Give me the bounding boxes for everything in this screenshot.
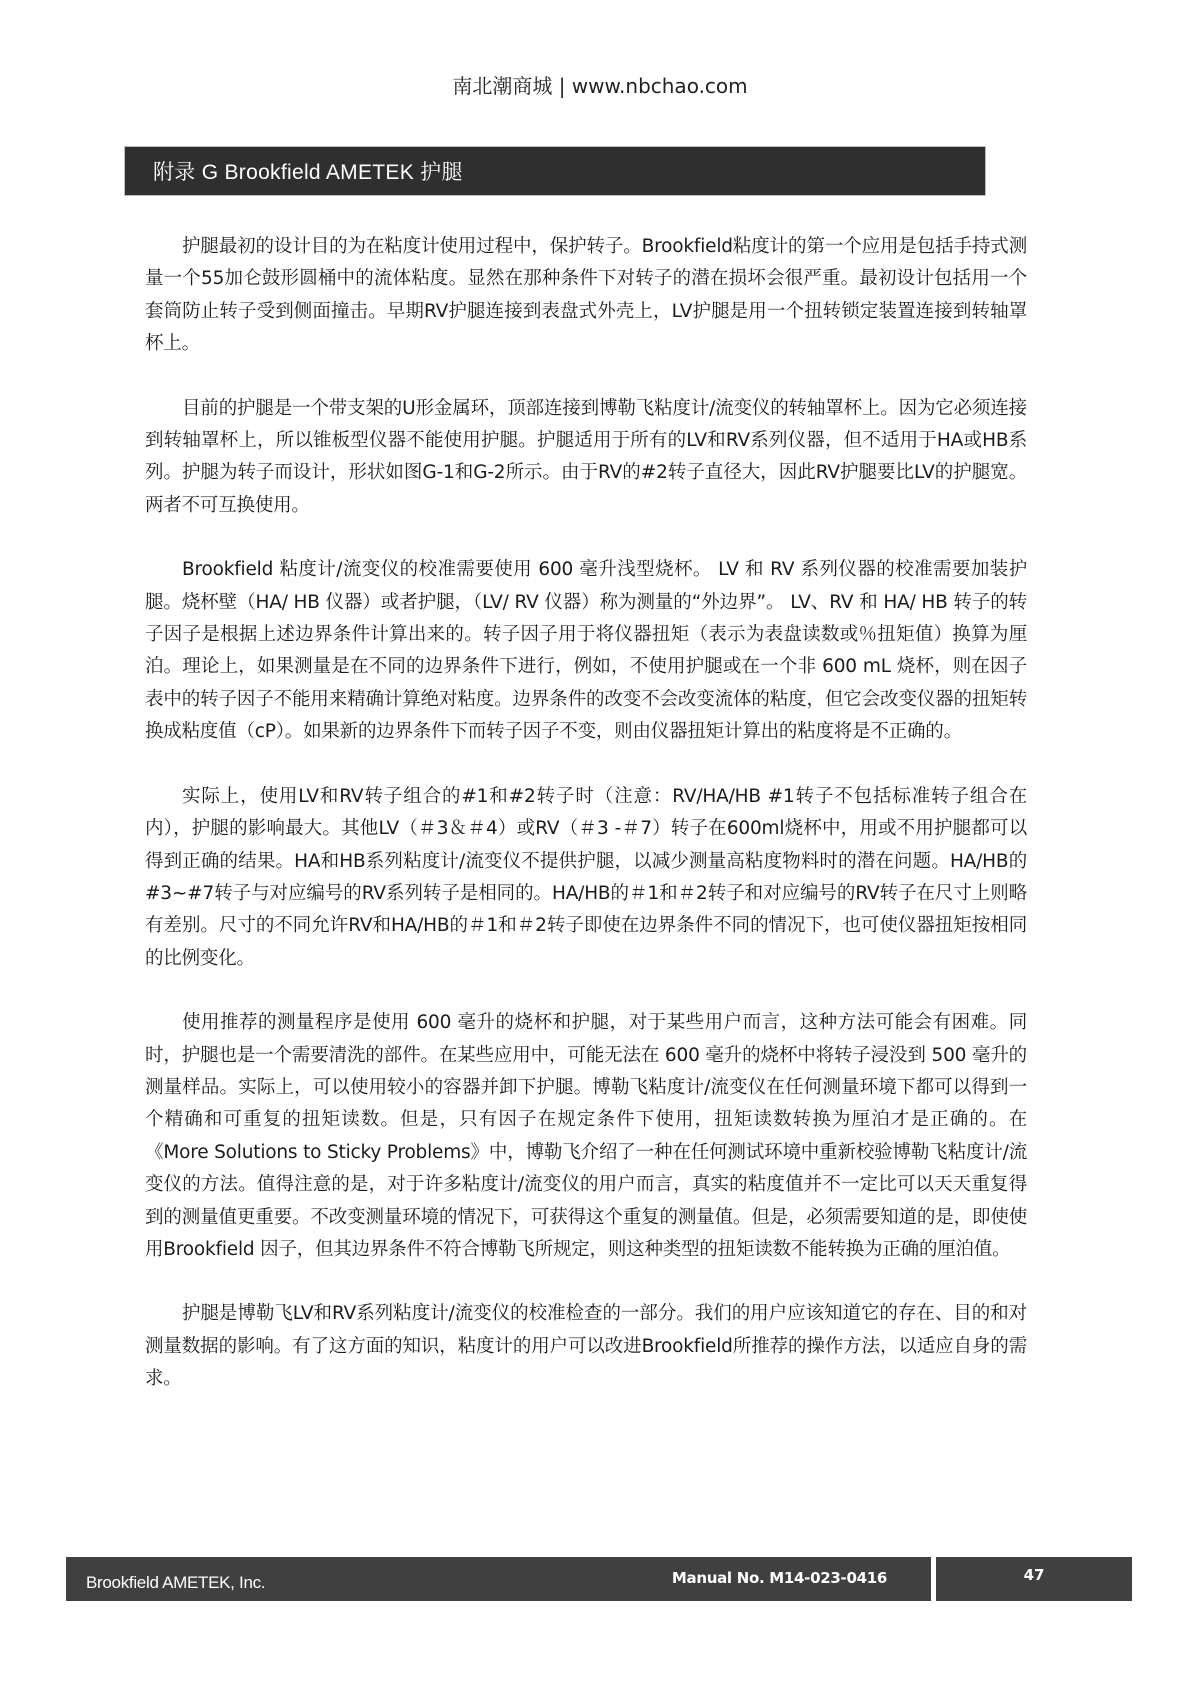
paragraph-3: Brookfield 粘度计/流变仪的校准需要使用 600 毫升浅型烧杯。 LV…: [145, 554, 1027, 748]
paragraph-4: 实际上，使用LV和RV转子组合的#1和#2转子时（注意：RV/HA/HB #1转…: [145, 781, 1027, 975]
page-number: 47: [1024, 1566, 1045, 1601]
footer-page-box: 47: [936, 1557, 1132, 1601]
paragraph-1: 护腿最初的设计目的为在粘度计使用过程中，保护转子。Brookfield粘度计的第…: [145, 231, 1027, 361]
footer-info-bar: Brookfield AMETEK, Inc. Manual No. M14-0…: [66, 1557, 931, 1601]
paragraph-6: 护腿是博勒飞LV和RV系列粘度计/流变仪的校准检查的一部分。我们的用户应该知道它…: [145, 1298, 1027, 1395]
footer-manual-number: Manual No. M14-023-0416: [672, 1569, 887, 1587]
paragraph-5: 使用推荐的测量程序是使用 600 毫升的烧杯和护腿，对于某些用户而言，这种方法可…: [145, 1007, 1027, 1266]
page-title: 附录 G Brookfield AMETEK 护腿: [153, 156, 463, 186]
watermark-header: 南北潮商城 | www.nbchao.com: [0, 70, 1200, 99]
footer-company: Brookfield AMETEK, Inc.: [86, 1573, 265, 1593]
paragraph-2: 目前的护腿是一个带支架的U形金属环，顶部连接到博勒飞粘度计/流变仪的转轴罩杯上。…: [145, 393, 1027, 523]
document-body: 护腿最初的设计目的为在粘度计使用过程中，保护转子。Brookfield粘度计的第…: [145, 231, 1027, 1428]
page-footer: Brookfield AMETEK, Inc. Manual No. M14-0…: [66, 1557, 1132, 1601]
appendix-heading-bar: 附录 G Brookfield AMETEK 护腿: [124, 146, 986, 196]
